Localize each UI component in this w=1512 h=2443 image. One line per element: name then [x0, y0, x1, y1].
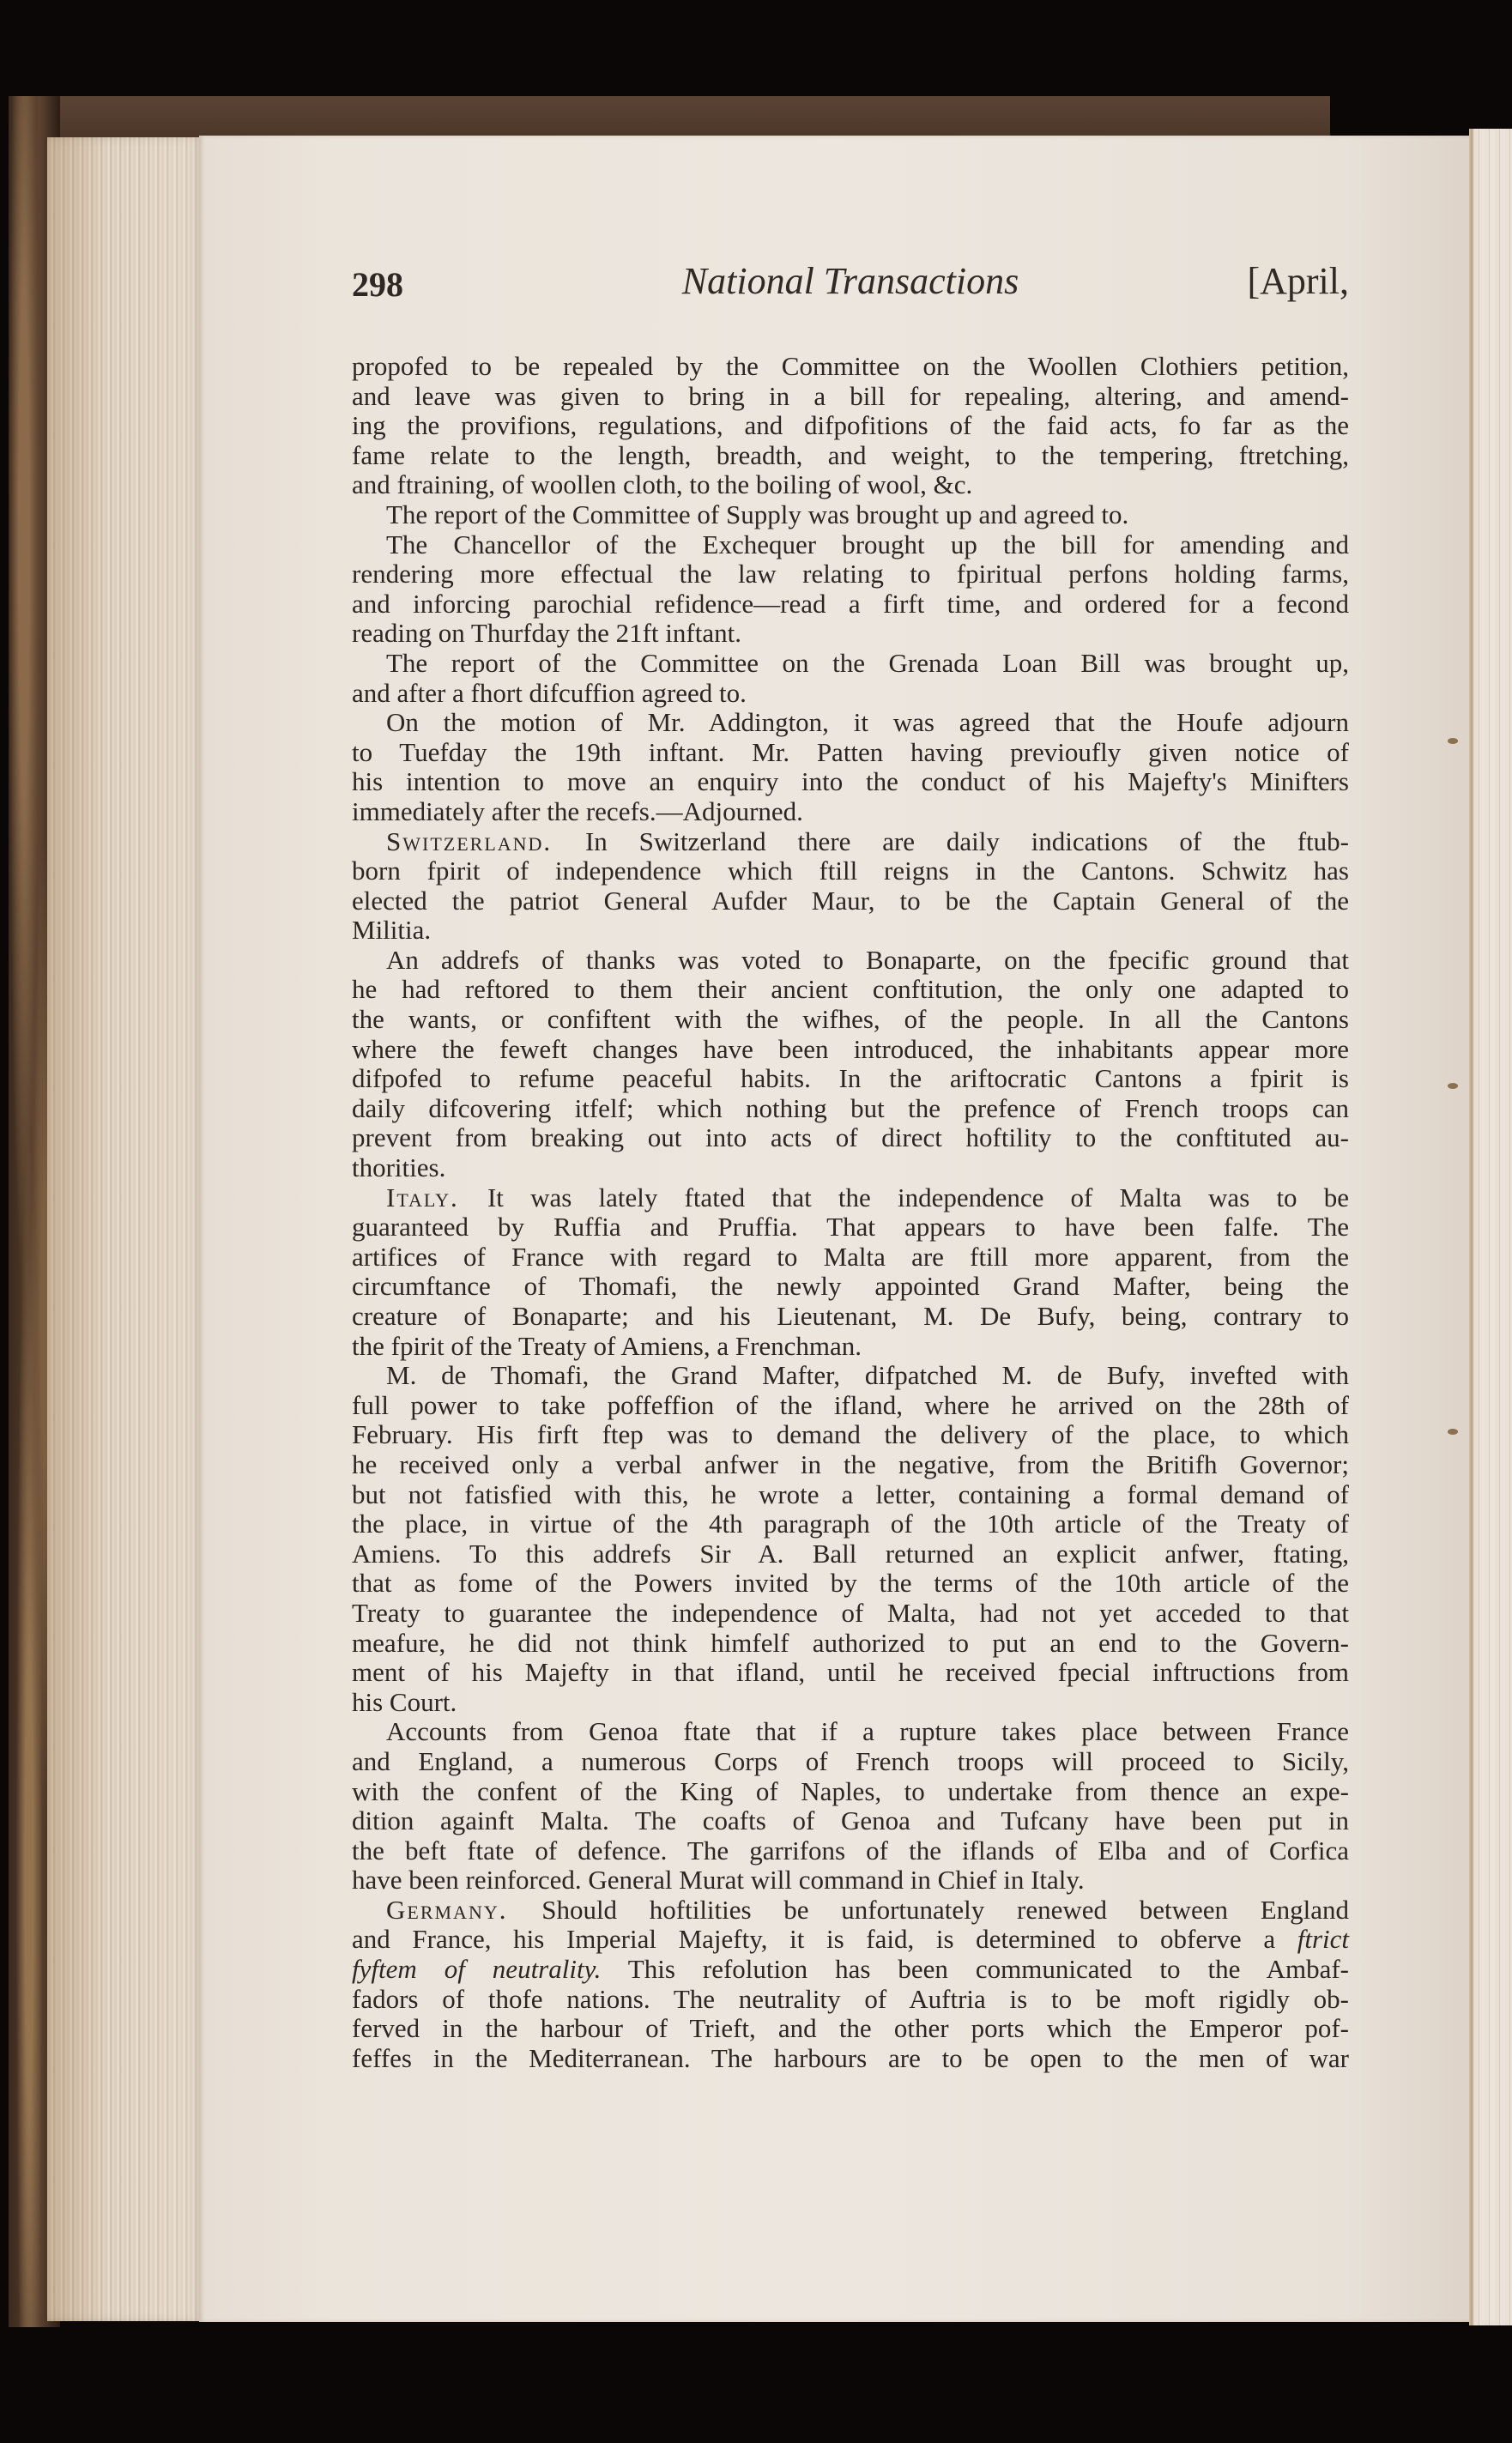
text-line: An addrefs of thanks was voted to Bonapa… [352, 946, 1349, 976]
text-line: ment of his Majefty in that ifland, unti… [352, 1658, 1349, 1688]
text-line: he received only a verbal anfwer in the … [352, 1450, 1349, 1480]
paragraph: Accounts from Genoa ftate that if a rupt… [352, 1717, 1349, 1896]
text-line: Accounts from Genoa ftate that if a rupt… [352, 1717, 1349, 1747]
paragraph: M. de Thomafi, the Grand Mafter, difpatc… [352, 1361, 1349, 1717]
text-line: Treaty to guarantee the independence of … [352, 1599, 1349, 1629]
text-line: difpofed to refume peaceful habits. In t… [352, 1064, 1349, 1094]
text-line: the beft ftate of defence. The garrifons… [352, 1836, 1349, 1866]
text-line: he had reftored to them their ancient co… [352, 975, 1349, 1005]
page-edges-shading [47, 137, 202, 2321]
text-line: full power to take poffeffion of the ifl… [352, 1391, 1349, 1421]
text-line: and France, his Imperial Majefty, it is … [352, 1925, 1349, 1955]
book-cover-top-edge [9, 96, 1330, 139]
text-line: born fpirit of independence which ftill … [352, 856, 1349, 886]
text-line: elected the patriot General Aufder Maur,… [352, 886, 1349, 916]
text-line: his Court. [352, 1688, 1349, 1718]
paragraph: The Chancellor of the Exchequer brought … [352, 530, 1349, 649]
text-line: propofed to be repealed by the Committee… [352, 352, 1349, 382]
text-line: immediately after the recefs.—Adjourned. [352, 797, 1349, 827]
sewing-hole-mark [1448, 738, 1458, 744]
paragraph: Germany. Should hoftilities be unfortuna… [352, 1896, 1349, 2074]
running-month: [April, [1247, 259, 1349, 303]
text-line: guaranteed by Ruffia and Pruffia. That a… [352, 1212, 1349, 1243]
text-line: and England, a numerous Corps of French … [352, 1747, 1349, 1777]
text-line: fyftem of neutrality. This refolution ha… [352, 1955, 1349, 1985]
text-line: have been reinforced. General Murat will… [352, 1866, 1349, 1896]
text-line: dition againft Malta. The coafts of Geno… [352, 1806, 1349, 1836]
text-line: ing the provifions, regulations, and dif… [352, 411, 1349, 441]
italic-text: ftrict [1297, 1924, 1349, 1954]
text-line: Militia. [352, 916, 1349, 946]
text-line: and inforcing parochial refidence—read a… [352, 590, 1349, 620]
italic-text: fyftem of neutrality. [352, 1954, 601, 1984]
text-line: M. de Thomafi, the Grand Mafter, difpatc… [352, 1361, 1349, 1391]
text-line: Amiens. To this addrefs Sir A. Ball retu… [352, 1539, 1349, 1569]
text-line: creature of Bonaparte; and his Lieutenan… [352, 1302, 1349, 1332]
text-line: and ftraining, of woollen cloth, to the … [352, 470, 1349, 500]
text-line: artifices of France with regard to Malta… [352, 1243, 1349, 1273]
sewing-hole-mark [1448, 1429, 1458, 1435]
text-line: rendering more effectual the law relatin… [352, 559, 1349, 590]
page-text-block: 298 National Transactions [April, propof… [352, 257, 1349, 2073]
paragraph: propofed to be repealed by the Committee… [352, 352, 1349, 500]
paragraph: The report of the Committee on the Grena… [352, 649, 1349, 708]
paragraph: An addrefs of thanks was voted to Bonapa… [352, 946, 1349, 1183]
section-heading: Germany. [386, 1895, 541, 1925]
text-line: but not fatisfied with this, he wrote a … [352, 1480, 1349, 1510]
running-head: 298 National Transactions [April, [352, 257, 1349, 312]
text-line: with the confent of the King of Naples, … [352, 1777, 1349, 1807]
text-line: that as fome of the Powers invited by th… [352, 1569, 1349, 1599]
text-line: thorities. [352, 1153, 1349, 1183]
text-line: daily difcovering itfelf; which nothing … [352, 1094, 1349, 1124]
text-line: The report of the Committee on the Grena… [352, 649, 1349, 679]
text-line: ferved in the harbour of Trieft, and the… [352, 2014, 1349, 2044]
section-heading: Italy. [386, 1182, 487, 1212]
text-line: reading on Thurfday the 21ft inftant. [352, 619, 1349, 649]
text-line: Italy. It was lately ftated that the ind… [352, 1183, 1349, 1213]
text-line: The report of the Committee of Supply wa… [352, 500, 1349, 530]
sewing-hole-mark [1448, 1083, 1458, 1089]
text-line: prevent from breaking out into acts of d… [352, 1123, 1349, 1153]
text-line: the place, in virtue of the 4th paragrap… [352, 1509, 1349, 1539]
text-line: On the motion of Mr. Addington, it was a… [352, 708, 1349, 738]
text-line: feffes in the Mediterranean. The harbour… [352, 2044, 1349, 2074]
running-title: National Transactions [352, 259, 1349, 303]
paragraph: Switzerland. In Switzerland there are da… [352, 827, 1349, 946]
text-line: the wants, or confiftent with the wifhes… [352, 1005, 1349, 1035]
facing-page-edges [1474, 129, 1512, 2325]
text-line: and leave was given to bring in a bill f… [352, 382, 1349, 412]
text-line: Switzerland. In Switzerland there are da… [352, 827, 1349, 857]
text-line: The Chancellor of the Exchequer brought … [352, 530, 1349, 560]
text-line: circumftance of Thomafi, the newly appoi… [352, 1272, 1349, 1302]
text-line: the fpirit of the Treaty of Amiens, a Fr… [352, 1332, 1349, 1362]
paragraph: The report of the Committee of Supply wa… [352, 500, 1349, 530]
section-heading: Switzerland. [386, 826, 585, 856]
text-line: meafure, he did not think himfelf author… [352, 1629, 1349, 1659]
text-line: and after a fhort difcuffion agreed to. [352, 679, 1349, 709]
text-line: fadors of thofe nations. The neutrality … [352, 1985, 1349, 2015]
text-line: his intention to move an enquiry into th… [352, 767, 1349, 797]
page-body: propofed to be repealed by the Committee… [352, 352, 1349, 2073]
text-line: to Tuefday the 19th inftant. Mr. Patten … [352, 738, 1349, 768]
paragraph: Italy. It was lately ftated that the ind… [352, 1183, 1349, 1362]
text-line: fame relate to the length, breadth, and … [352, 441, 1349, 471]
paragraph: On the motion of Mr. Addington, it was a… [352, 708, 1349, 826]
book-photo-scene: 298 National Transactions [April, propof… [0, 0, 1512, 2443]
text-line: where the feweft changes have been intro… [352, 1035, 1349, 1065]
text-line: February. His firft ftep was to demand t… [352, 1420, 1349, 1450]
text-line: Germany. Should hoftilities be unfortuna… [352, 1896, 1349, 1926]
